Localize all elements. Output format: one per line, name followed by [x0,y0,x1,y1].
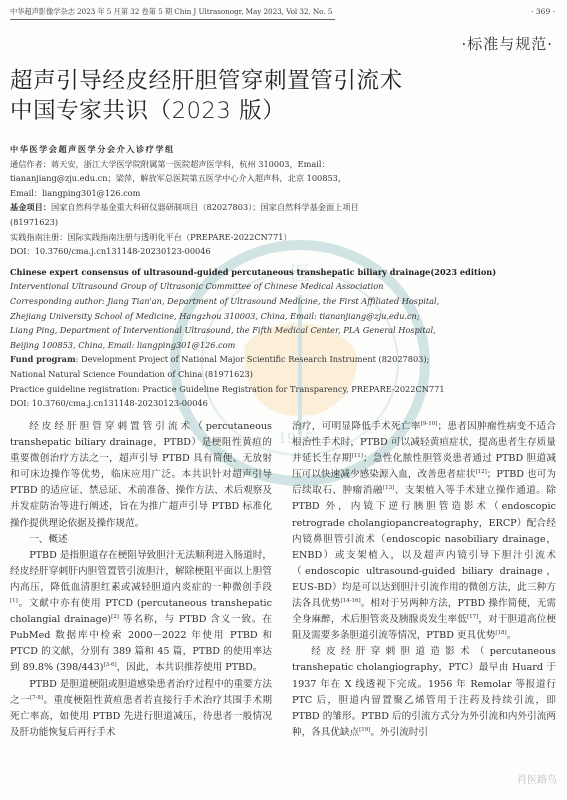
author-group-cn: 中华医学会超声医学分会介入诊疗学组 [10,142,430,157]
fund-label-cn: 基金项目： [10,202,51,212]
body-paragraph: 经皮经肝穿刺胆道造影术（percutaneous transhepatic ch… [292,644,556,741]
article-metadata: 中华医学会超声医学分会介入诊疗学组 通信作者：蒋天安，浙江大学医学院附属第一医院… [10,142,430,411]
corresponding-author-en-1: Corresponding author: Jiang Tian'an, Dep… [10,294,430,309]
body-paragraph: 治疗，可明显降低手术死亡率[9-10]；患者因肿瘤性病变不适合根治性手术时，PT… [292,419,556,644]
corresponding-author-en-3: Liang Ping, Department of Interventional… [10,323,430,338]
running-head: 中华超声影像学杂志 2023 年 5 月第 32 卷第 5 期 Chin J U… [10,7,335,20]
page-number: · 369 · [531,7,555,16]
citation[interactable]: [14-16] [340,598,360,604]
citation[interactable]: [7-8] [30,694,43,700]
fund-cn-2: (81971623) [10,215,430,230]
section-tag: ·标准与规范· [461,33,553,54]
fund-cn-1: 基金项目：国家自然科学基金重大科研仪器研制项目（82027803）；国家自然科学… [10,200,430,215]
citation[interactable]: [18] [495,630,506,636]
citation[interactable]: [11] [352,453,363,459]
journal-page: 中华超声影像学杂志 2023 年 5 月第 32 卷第 5 期 Chin J U… [0,0,567,800]
body-paragraph: PTBD 是胆道梗阻或胆道感染患者治疗过程中的重要方法之一[7-8]。重度梗阻性… [10,677,272,741]
doi-en: DOI: 10.3760/cma.j.cn131148-20230123-000… [10,396,430,411]
body-paragraph: PTBD 是指胆道存在梗阻导致胆汁无法顺利进入肠道时，经皮经肝穿刺肝内胆管置管引… [10,548,272,677]
section-heading-overview: 一、概述 [10,532,272,548]
corresponding-author-en-2: Zhejiang University School of Medicine, … [10,309,430,324]
citation[interactable]: [17] [467,614,478,620]
fund-en-1: Fund program: Development Project of Nat… [10,352,430,367]
fund-en-2: National Natural Science Foundation of C… [10,367,430,382]
citation[interactable]: [19] [359,727,370,733]
title-line-2: 中国专家共识（2023 版） [10,96,403,126]
body-column-left: 经皮经肝胆管穿刺置管引流术（percutaneous transhepatic … [10,419,272,741]
title-line-1: 超声引导经皮经肝胆管穿刺置管引流术 [10,66,403,96]
corresponding-author-cn-3: Email：liangping301@126.com [10,186,430,201]
english-title: Chinese expert consensus of ultrasound-g… [10,265,430,280]
corresponding-author-cn-1: 通信作者：蒋天安，浙江大学医学院附属第一医院超声医学科，杭州 310003，Em… [10,157,430,172]
corresponding-author-en-4: Beijing 100853, China, Email: liangping3… [10,338,430,353]
registration-en: Practice guideline registration: Practic… [10,382,430,397]
fund-cn-text: 国家自然科学基金重大科研仪器研制项目（82027803）；国家自然科学基金面上项… [51,202,359,212]
citation[interactable]: [13] [383,485,394,491]
corresponding-author-cn-2: tiananjiang@zju.edu.cn；梁萍，解放军总医院第五医学中心介入… [10,171,430,186]
body-column-right: 治疗，可明显降低手术死亡率[9-10]；患者因肿瘤性病变不适合根治性手术时，PT… [292,419,556,741]
citation[interactable]: [2] [111,614,119,620]
article-title: 超声引导经皮经肝胆管穿刺置管引流术 中国专家共识（2023 版） [10,66,403,126]
citation[interactable]: [9-10] [421,421,438,427]
corner-watermark-logo: 肖医路鸟 [517,771,557,786]
citation[interactable]: [3-6] [104,662,117,668]
fund-en-text: : Development Project of National Major … [76,354,430,364]
fund-label-en: Fund program [10,354,76,364]
citation[interactable]: [12] [475,469,486,475]
author-group-en: Interventional Ultrasound Group of Ultra… [10,279,430,294]
doi-cn: DOI：10.3760/cma.j.cn131148-20230123-0004… [10,244,430,259]
abstract-paragraph: 经皮经肝胆管穿刺置管引流术（percutaneous transhepatic … [10,419,272,532]
citation[interactable]: [1] [10,598,18,604]
registration-cn: 实践指南注册：国际实践指南注册与透明化平台（PREPARE-2022CN771） [10,230,430,245]
